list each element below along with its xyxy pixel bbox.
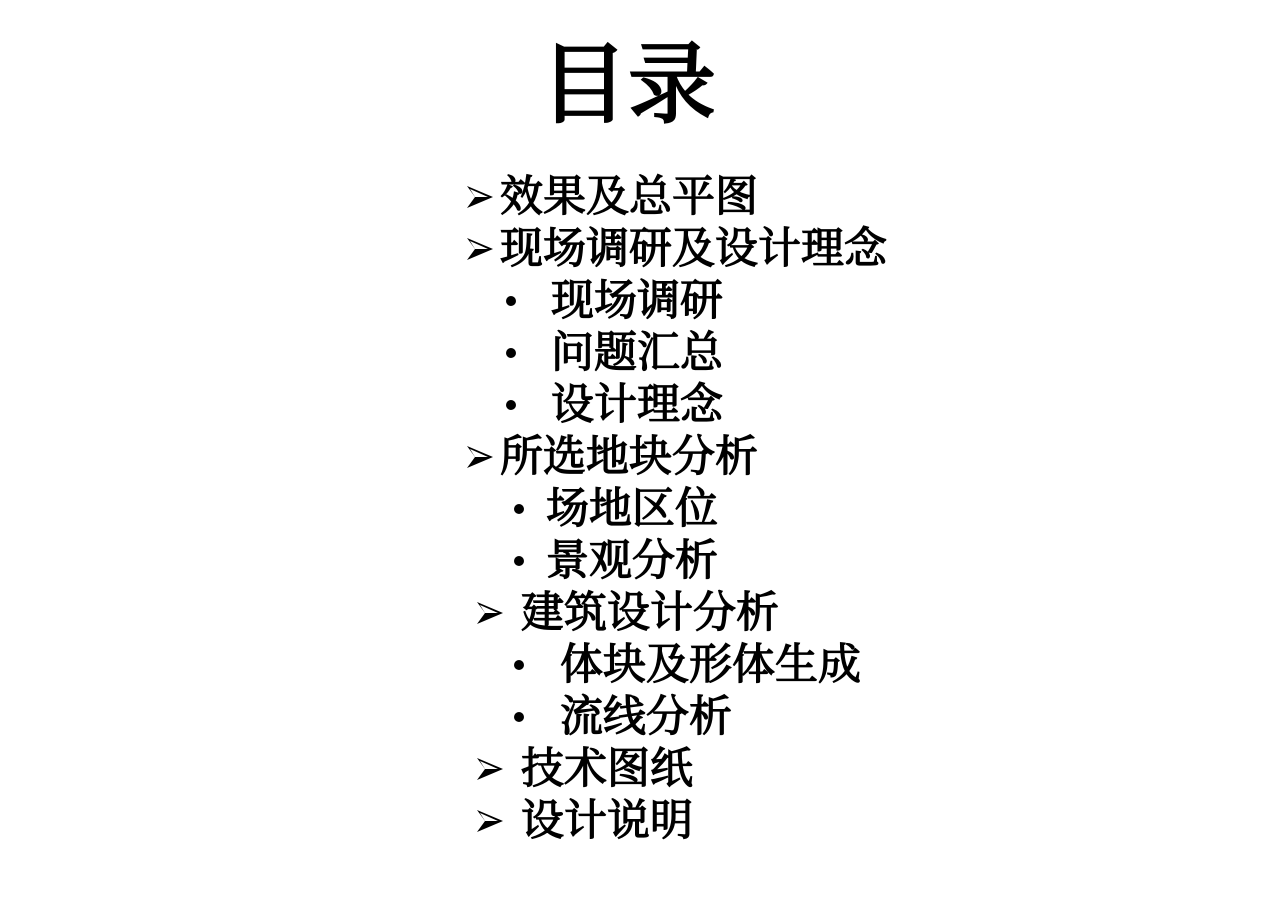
toc-subitem-circulation-analysis[interactable]: 流线分析: [514, 691, 732, 743]
toc-item-effects-site-plan[interactable]: 效果及总平图: [466, 171, 758, 223]
toc-subitem-site-survey[interactable]: 现场调研: [506, 275, 723, 327]
toc-item-label: 所选地块分析: [500, 431, 758, 483]
toc-item-label: 场地区位: [546, 483, 718, 535]
toc-subitem-massing-generation[interactable]: 体块及形体生成: [514, 639, 861, 691]
toc-item-label: 建筑设计分析: [521, 587, 779, 639]
round-bullet-icon: [506, 275, 516, 327]
arrowhead-bullet-icon: [466, 171, 496, 223]
toc-item-label: 体块及形体生成: [560, 639, 861, 691]
toc-item-label: 设计说明: [521, 795, 693, 847]
toc-item-label: 设计理念: [551, 379, 723, 431]
toc-item-label: 效果及总平图: [500, 171, 758, 223]
arrowhead-bullet-icon: [476, 587, 506, 639]
toc-subitem-landscape-analysis[interactable]: 景观分析: [514, 535, 718, 587]
toc-item-label: 问题汇总: [551, 327, 723, 379]
arrowhead-bullet-icon: [476, 795, 506, 847]
arrowhead-bullet-icon: [476, 743, 506, 795]
arrowhead-bullet-icon: [466, 431, 496, 483]
toc-item-label: 流线分析: [560, 691, 732, 743]
toc-item-design-notes[interactable]: 设计说明: [476, 795, 693, 847]
toc-subitem-design-concept[interactable]: 设计理念: [506, 379, 723, 431]
round-bullet-icon: [514, 535, 524, 587]
round-bullet-icon: [514, 483, 524, 535]
round-bullet-icon: [506, 327, 516, 379]
page-title: 目录: [540, 30, 716, 140]
round-bullet-icon: [514, 691, 524, 743]
round-bullet-icon: [514, 639, 524, 691]
toc-item-plot-analysis[interactable]: 所选地块分析: [466, 431, 758, 483]
arrowhead-bullet-icon: [466, 223, 496, 275]
toc-item-label: 现场调研: [551, 275, 723, 327]
toc-subitem-issues-summary[interactable]: 问题汇总: [506, 327, 723, 379]
toc-item-architecture-analysis[interactable]: 建筑设计分析: [476, 587, 779, 639]
toc-item-survey-concept[interactable]: 现场调研及设计理念: [466, 223, 887, 275]
toc-item-label: 景观分析: [546, 535, 718, 587]
toc-subitem-site-location[interactable]: 场地区位: [514, 483, 718, 535]
round-bullet-icon: [506, 379, 516, 431]
toc-item-label: 现场调研及设计理念: [500, 223, 887, 275]
toc-item-label: 技术图纸: [521, 743, 693, 795]
toc-item-technical-drawings[interactable]: 技术图纸: [476, 743, 693, 795]
